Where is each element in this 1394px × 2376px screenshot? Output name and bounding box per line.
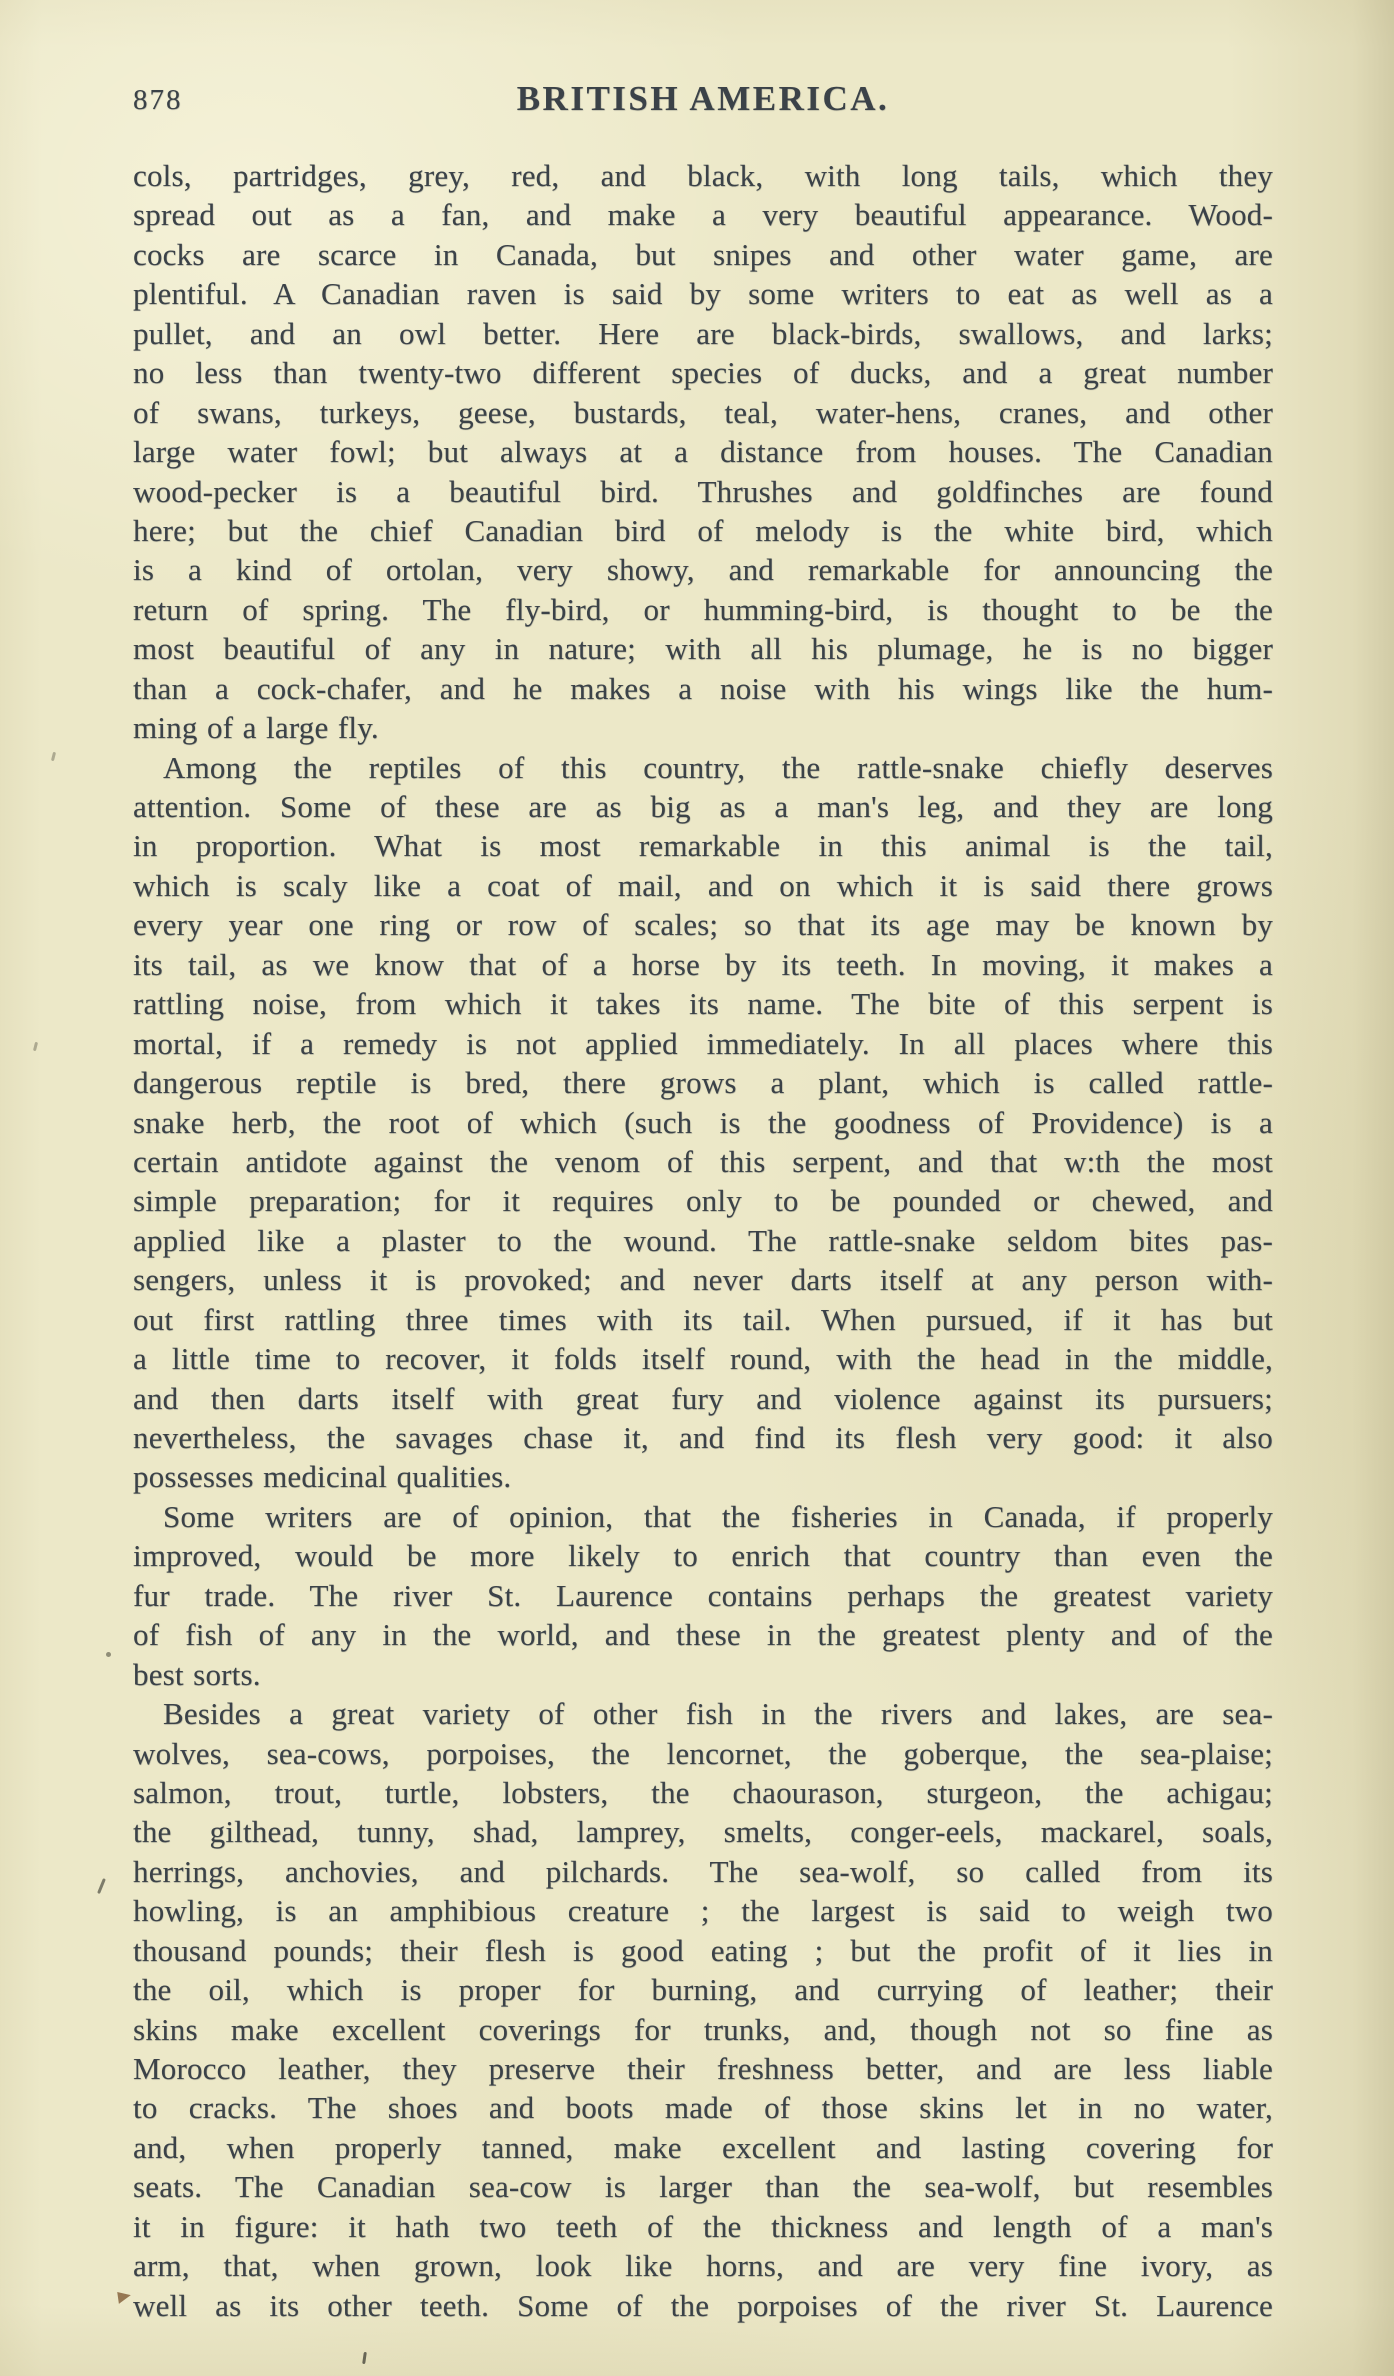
text-line: the gilthead, tunny, shad, lamprey, smel… bbox=[133, 1812, 1273, 1851]
paragraph: cols, partridges, grey, red, and black, … bbox=[133, 156, 1273, 748]
text-line: herrings, anchovies, and pilchards. The … bbox=[133, 1852, 1273, 1891]
text-line: return of spring. The fly-bird, or hummi… bbox=[133, 590, 1273, 629]
text-line: Besides a great variety of other fish in… bbox=[133, 1694, 1273, 1733]
text-line: is a kind of ortolan, very showy, and re… bbox=[133, 550, 1273, 589]
text-line: certain antidote against the venom of th… bbox=[133, 1142, 1273, 1181]
text-line: Among the reptiles of this country, the … bbox=[133, 748, 1273, 787]
text-line: cocks are scarce in Canada, but snipes a… bbox=[133, 235, 1273, 274]
text-line: snake herb, the root of which (such is t… bbox=[133, 1103, 1273, 1142]
text-line: most beautiful of any in nature; with al… bbox=[133, 629, 1273, 668]
ink-dot-mark bbox=[106, 1652, 111, 1657]
text-line: rattling noise, from which it takes its … bbox=[133, 984, 1273, 1023]
text-line: seats. The Canadian sea-cow is larger th… bbox=[133, 2167, 1273, 2206]
text-line: to cracks. The shoes and boots made of t… bbox=[133, 2088, 1273, 2127]
ink-tick-mark bbox=[362, 2352, 367, 2364]
page-header: 878 BRITISH AMERICA. bbox=[133, 79, 1273, 119]
text-line: in proportion. What is most remarkable i… bbox=[133, 826, 1273, 865]
text-line: salmon, trout, turtle, lobsters, the cha… bbox=[133, 1773, 1273, 1812]
text-line: Some writers are of opinion, that the fi… bbox=[133, 1497, 1273, 1536]
text-line: out first rattling three times with its … bbox=[133, 1300, 1273, 1339]
paragraph: Among the reptiles of this country, the … bbox=[133, 748, 1273, 1497]
text-line: applied like a plaster to the wound. The… bbox=[133, 1221, 1273, 1260]
text-line: a little time to recover, it folds itsel… bbox=[133, 1339, 1273, 1378]
text-line: Morocco leather, they preserve their fre… bbox=[133, 2049, 1273, 2088]
text-line: no less than twenty-two different specie… bbox=[133, 353, 1273, 392]
text-line: cols, partridges, grey, red, and black, … bbox=[133, 156, 1273, 195]
running-title: BRITISH AMERICA. bbox=[133, 79, 1273, 119]
text-line: plentiful. A Canadian raven is said by s… bbox=[133, 274, 1273, 313]
text-line: wood-pecker is a beautiful bird. Thrushe… bbox=[133, 472, 1273, 511]
text-line: and then darts itself with great fury an… bbox=[133, 1379, 1273, 1418]
text-line: fur trade. The river St. Laurence contai… bbox=[133, 1576, 1273, 1615]
ink-comma-mark bbox=[51, 752, 56, 761]
ink-fleck-mark bbox=[117, 2290, 132, 2304]
book-page-scan: 878 BRITISH AMERICA. cols, partridges, g… bbox=[0, 0, 1394, 2376]
text-line: howling, is an amphibious creature ; the… bbox=[133, 1891, 1273, 1930]
text-line: skins make excellent coverings for trunk… bbox=[133, 2010, 1273, 2049]
text-line: mortal, if a remedy is not applied immed… bbox=[133, 1024, 1273, 1063]
ink-comma-mark bbox=[33, 1042, 38, 1051]
text-line: improved, would be more likely to enrich… bbox=[133, 1536, 1273, 1575]
text-line: arm, that, when grown, look like horns, … bbox=[133, 2246, 1273, 2285]
text-line: of swans, turkeys, geese, bustards, teal… bbox=[133, 393, 1273, 432]
text-line: spread out as a fan, and make a very bea… bbox=[133, 195, 1273, 234]
text-line: the oil, which is proper for burning, an… bbox=[133, 1970, 1273, 2009]
text-line: thousand pounds; their flesh is good eat… bbox=[133, 1931, 1273, 1970]
text-line: here; but the chief Canadian bird of mel… bbox=[133, 511, 1273, 550]
text-line: large water fowl; but always at a distan… bbox=[133, 432, 1273, 471]
text-line: dangerous reptile is bred, there grows a… bbox=[133, 1063, 1273, 1102]
text-line: possesses medicinal qualities. bbox=[133, 1457, 1273, 1496]
text-line: sengers, unless it is provoked; and neve… bbox=[133, 1260, 1273, 1299]
ink-slash-mark bbox=[97, 1878, 105, 1894]
text-line: best sorts. bbox=[133, 1655, 1273, 1694]
paragraph: Some writers are of opinion, that the fi… bbox=[133, 1497, 1273, 1694]
text-line: every year one ring or row of scales; so… bbox=[133, 905, 1273, 944]
text-line: it in figure: it hath two teeth of the t… bbox=[133, 2207, 1273, 2246]
text-line: which is scaly like a coat of mail, and … bbox=[133, 866, 1273, 905]
text-line: wolves, sea-cows, porpoises, the lencorn… bbox=[133, 1734, 1273, 1773]
text-line: ming of a large fly. bbox=[133, 708, 1273, 747]
text-line: simple preparation; for it requires only… bbox=[133, 1181, 1273, 1220]
text-line: attention. Some of these are as big as a… bbox=[133, 787, 1273, 826]
text-line: its tail, as we know that of a horse by … bbox=[133, 945, 1273, 984]
text-line: pullet, and an owl better. Here are blac… bbox=[133, 314, 1273, 353]
text-line: of fish of any in the world, and these i… bbox=[133, 1615, 1273, 1654]
text-block: cols, partridges, grey, red, and black, … bbox=[133, 156, 1273, 2325]
text-line: and, when properly tanned, make excellen… bbox=[133, 2128, 1273, 2167]
text-line: well as its other teeth. Some of the por… bbox=[133, 2286, 1273, 2325]
paragraph: Besides a great variety of other fish in… bbox=[133, 1694, 1273, 2325]
text-line: nevertheless, the savages chase it, and … bbox=[133, 1418, 1273, 1457]
text-line: than a cock-chafer, and he makes a noise… bbox=[133, 669, 1273, 708]
